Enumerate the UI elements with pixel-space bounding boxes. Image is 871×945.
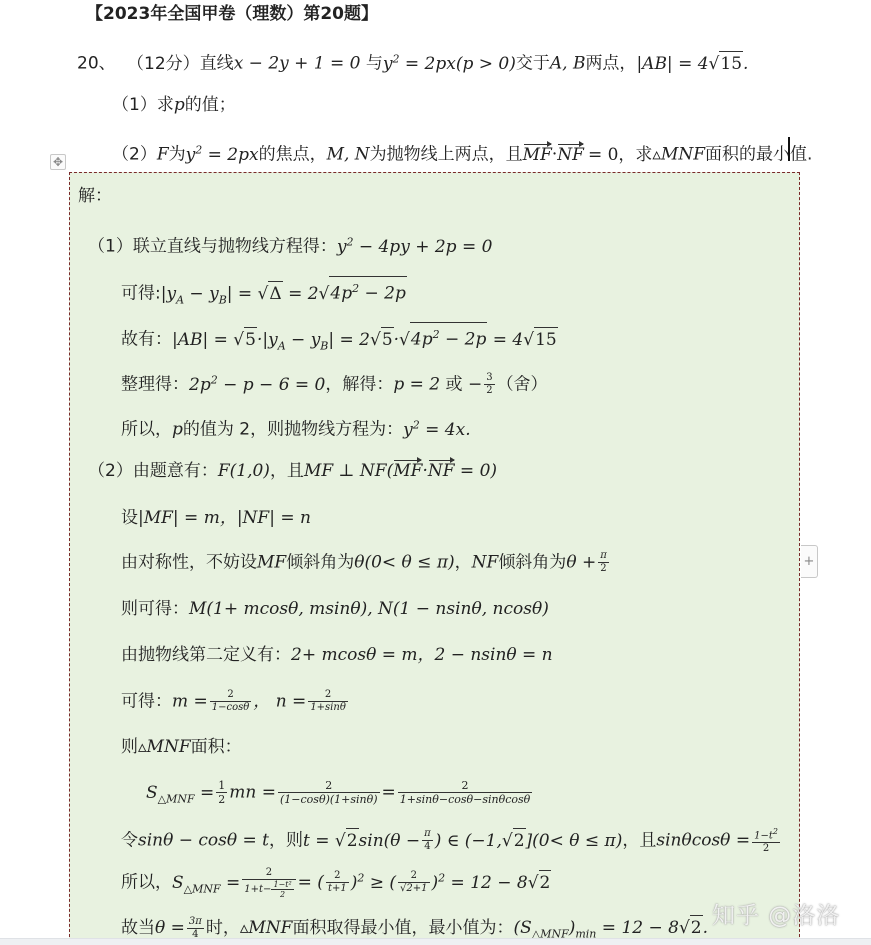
sol-math: sinθ − cosθ = t	[138, 831, 269, 851]
sol-math: 2p2 − p − 6 = 0	[189, 375, 325, 395]
sol-math: F(1,0)	[218, 461, 270, 481]
solution-p2-line3: 由对称性，不妨设MF倾斜角为θ(0< θ ≤ π)，NF倾斜角为θ +π2	[121, 550, 611, 575]
solution-p1-line3: 故有：|AB| = √5·|yA − yB| = 2√5·√4p2 − 2p =…	[121, 322, 558, 358]
sol-math: S△MNF =	[146, 783, 214, 803]
sol-math: t = √2sin(θ −	[303, 831, 420, 851]
part-label: （1）	[88, 237, 133, 257]
vector-nf: NF	[557, 143, 584, 167]
part-text: = 0，求	[588, 145, 652, 165]
sol-text: 整理得：	[121, 375, 189, 395]
sol-math: y2 − 4py + 2p = 0	[337, 237, 493, 257]
sol-math: |yA − yB| = √Δ = 2√4p2 − 2p	[161, 284, 407, 304]
solution-p2-line5: 由抛物线第二定义有：2+ mcosθ = m，2 − nsinθ = n	[121, 643, 553, 667]
sol-text: ，则	[269, 831, 303, 851]
points-ab: A, B	[550, 54, 586, 74]
var-p: p	[174, 95, 185, 115]
solution-p2-line6: 可得：m =21−cosθ， n =21+sinθ	[121, 689, 350, 714]
sol-text: 由抛物线第二定义有：	[121, 645, 291, 665]
solution-p2-line4: 则可得：M(1+ mcosθ, msinθ), N(1 − nsinθ, nco…	[121, 597, 549, 621]
vector-mf: MF	[523, 143, 552, 167]
problem-points: （12分）	[127, 54, 200, 74]
text-cursor	[788, 137, 790, 161]
part-text: 的焦点，	[259, 145, 327, 165]
sol-text: 面积取得最小值，最小值为：	[292, 918, 513, 938]
part-label: （2）	[88, 461, 133, 481]
solution-p1-line4: 整理得：2p2 − p − 6 = 0，解得：p = 2 或 −32（舍）	[121, 368, 548, 397]
part-label: （2）	[112, 145, 157, 165]
points-mn: M, N	[327, 145, 370, 165]
sol-text: 故有：	[121, 330, 172, 350]
problem-statement: 20、 （12分）直线x − 2y + 1 = 0 与y2 = 2px(p > …	[77, 47, 748, 76]
solution-p2-line2: 设|MF| = m，|NF| = n	[121, 506, 311, 530]
sol-math: sinθcosθ =	[656, 831, 750, 851]
sol-text: ，且	[622, 831, 656, 851]
fraction: 21+sinθ−cosθ−sinθcosθ	[398, 779, 533, 806]
sol-text: 或	[446, 375, 463, 395]
sol-text: 倾斜角为	[498, 553, 566, 573]
parabola-equation: y2 = 2px	[186, 145, 259, 165]
triangle-mnf: ▵MNF	[138, 737, 191, 757]
triangle-mnf: ▵MNF	[652, 145, 705, 165]
table-add-column-button[interactable]: +	[801, 545, 818, 578]
sol-math: |AB| = √5·|yA − yB| = 2√5·√4p2 − 2p = 4√…	[172, 330, 558, 350]
sol-text: 由题意有：	[133, 461, 218, 481]
stem-text: 直线	[200, 54, 234, 74]
sol-text: 时，	[206, 918, 240, 938]
sol-math: M(1+ mcosθ, msinθ), N(1 − nsinθ, ncosθ)	[189, 599, 549, 619]
sol-math: y2 = 4x.	[403, 420, 470, 440]
fraction-pi-over-2: π2	[598, 550, 609, 575]
part-text: 为	[169, 145, 186, 165]
sol-math: (S△MNF)min = 12 − 8√2.	[513, 918, 708, 938]
fraction: 2√2+1	[398, 870, 429, 895]
sol-text: 设	[121, 508, 138, 528]
solution-p1-line5: 所以，p的值为 2，则抛物线方程为：y2 = 4x.	[121, 413, 471, 442]
line-equation: x − 2y + 1 = 0	[234, 54, 361, 74]
sol-math: NF	[472, 553, 499, 573]
solution-p2-line9: 令sinθ − cosθ = t，则t = √2sin(θ −π4) ∈ (−1…	[121, 826, 782, 855]
watermark: 知乎 @洛洛	[712, 897, 840, 930]
sol-text: 的值为 2，则抛物线方程为：	[183, 420, 403, 440]
sol-text: 所以，	[121, 873, 172, 893]
sol-text: 则	[121, 737, 138, 757]
fraction: 1−t22	[752, 826, 780, 855]
sol-math: 2+ mcosθ = m，2 − nsinθ = n	[291, 645, 553, 665]
part-text: 面积的最小值.	[705, 145, 812, 165]
sol-math: |MF| = m，|NF| = n	[138, 508, 311, 528]
sol-text: 可得：	[121, 692, 172, 712]
solution-p1-line1: （1）联立直线与抛物线方程得：y2 − 4py + 2p = 0	[88, 230, 492, 259]
ab-length: |AB| = 4√15.	[636, 54, 748, 74]
table-move-handle-icon[interactable]: ✥	[50, 154, 66, 170]
solution-heading: 解：	[78, 184, 112, 208]
sol-text: ，且	[270, 461, 304, 481]
document-title: 【2023年全国甲卷（理数）第20题】	[86, 2, 378, 26]
parabola-equation: y2 = 2px(p > 0)	[383, 54, 516, 74]
sol-text: 倾斜角为	[286, 553, 354, 573]
fraction: 21+sinθ	[308, 689, 348, 714]
fraction: π4	[422, 828, 433, 853]
var-f: F	[157, 145, 169, 165]
sol-text: 由对称性，不妨设	[121, 553, 257, 573]
fraction: 21−cosθ	[210, 689, 252, 714]
fraction: 2t+1	[326, 870, 349, 895]
problem-part-1: （1）求p的值；	[112, 93, 236, 117]
stem-text: 交于	[516, 54, 550, 74]
part-text: 为抛物线上两点，且	[370, 145, 523, 165]
fraction: 2(1−cosθ)(1+sinθ)	[278, 779, 380, 806]
problem-number: 20、	[77, 54, 116, 74]
sol-math: m =	[172, 692, 208, 712]
horizontal-scrollbar[interactable]	[0, 938, 871, 945]
sol-text: 面积：	[191, 737, 242, 757]
stem-text: 与	[366, 54, 383, 74]
part-text: 的值；	[185, 95, 236, 115]
solution-p2-line1: （2）由题意有：F(1,0)，且MF ⊥ NF(MF·NF = 0)	[88, 459, 497, 483]
sol-math: MF ⊥ NF(MF·NF = 0)	[304, 461, 497, 481]
triangle-mnf: ▵MNF	[240, 918, 293, 938]
sol-text: （舍）	[497, 375, 548, 395]
sol-text: 令	[121, 831, 138, 851]
solution-p1-line2: 可得:|yA − yB| = √Δ = 2√4p2 − 2p	[121, 276, 407, 312]
sol-text: ，	[455, 553, 472, 573]
fraction: 12	[216, 779, 227, 806]
sol-math: p = 2	[393, 375, 440, 395]
solution-p2-line7: 则▵MNF面积：	[121, 735, 242, 759]
part-label: （1）	[112, 95, 157, 115]
sol-text: 可得:	[121, 284, 161, 304]
sol-math: θ +	[566, 553, 596, 573]
sol-math: θ(0< θ ≤ π)	[354, 553, 454, 573]
sol-text: 则可得：	[121, 599, 189, 619]
stem-text: 两点，	[585, 54, 636, 74]
sol-math: S△MNF =	[172, 873, 240, 893]
sol-text: 联立直线与抛物线方程得：	[133, 237, 337, 257]
fraction: 21+t−1−t²2	[242, 867, 295, 899]
solution-p2-line8: S△MNF =12mn =2(1−cosθ)(1+sinθ)=21+sinθ−c…	[146, 779, 534, 811]
fraction: 3π4	[187, 916, 204, 941]
sol-text: ，解得：	[325, 375, 393, 395]
sol-math: MF	[257, 553, 286, 573]
sol-text: 所以，	[121, 420, 172, 440]
problem-part-2: （2）F为y2 = 2px的焦点，M, N为抛物线上两点，且MF·NF= 0，求…	[112, 138, 812, 167]
var-p: p	[172, 420, 183, 440]
sol-text: 故当	[121, 918, 155, 938]
fraction-three-halves: 32	[484, 372, 494, 397]
solution-p2-line10: 所以，S△MNF =21+t−1−t²2= (2t+1)2 ≥ (2√2+1)2…	[121, 866, 551, 901]
part-text: 求	[157, 95, 174, 115]
